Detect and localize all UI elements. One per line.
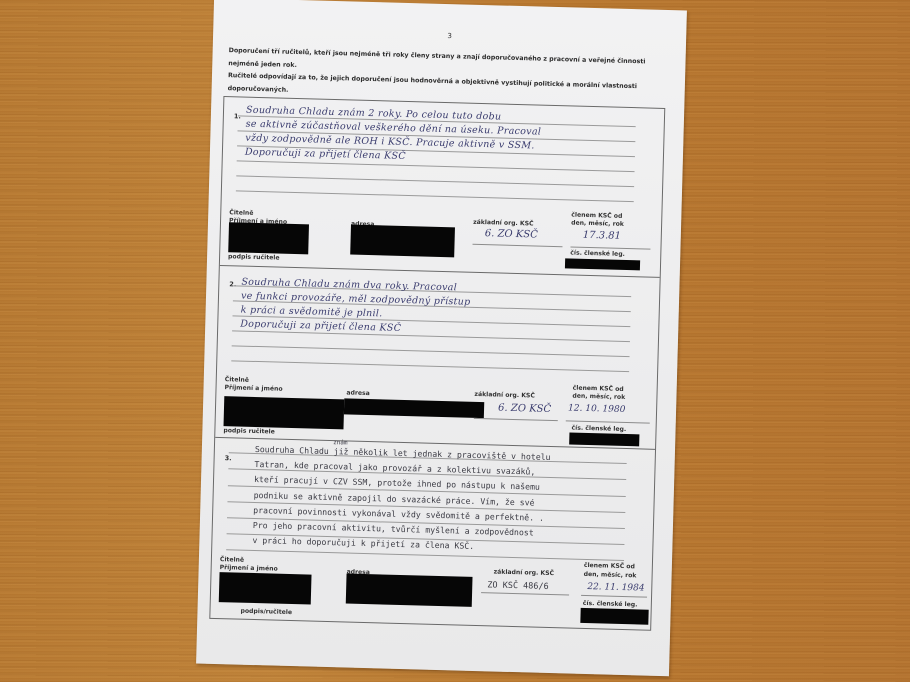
document-page: 3 Doporučení tří ručitelů, kteří jsou ne… — [196, 0, 687, 676]
field-line — [474, 418, 558, 421]
label-signature: podpis ručitele — [223, 427, 275, 436]
member-since-value: 22. 11. 1984 — [587, 582, 645, 594]
redacted-address — [346, 574, 473, 607]
recommendations-form: 1. Soudruha Chladu znám 2 roky. Po celou… — [209, 96, 665, 631]
recommendation-text: Soudruha Chladu znám dva roky. Pracoval … — [240, 276, 639, 343]
page-number: 3 — [213, 26, 686, 47]
basic-org-value: 6. ZO KSČ — [485, 228, 538, 240]
label-address: adresa — [346, 389, 370, 398]
recommendation-1: 1. Soudruha Chladu znám 2 roky. Po celou… — [220, 97, 664, 278]
redacted-name — [224, 396, 345, 429]
label-signature: podpis/ručitele — [240, 608, 292, 617]
recommendation-text: Soudruha Chladu znám 2 roky. Po celou tu… — [245, 104, 644, 171]
member-since-value: 12. 10. 1980 — [568, 403, 626, 415]
redacted-name — [219, 572, 312, 604]
label-basic-org: základní org. KSČ — [474, 391, 535, 401]
recommendation-3: 3. znám Soudruha Chladu již několik let … — [210, 437, 655, 630]
label-card-number: čís. členské leg. — [570, 249, 625, 258]
field-line — [566, 420, 650, 423]
basic-org-value: ZO KSČ 486/6 — [487, 580, 549, 592]
redacted-address — [350, 225, 455, 258]
field-line — [581, 595, 647, 598]
redacted-name — [228, 222, 309, 254]
field-line — [473, 244, 563, 247]
label-date-format: den, měsíc, rok — [572, 393, 625, 402]
recommendation-text: Soudruha Chladu již několik let jednak z… — [252, 442, 635, 559]
label-date-format: den, měsíc, rok — [584, 571, 637, 580]
label-signature: podpis ručitele — [228, 253, 280, 262]
label-member-since: členem KSČ od — [584, 562, 635, 571]
member-since-value: 17.3.81 — [583, 230, 621, 242]
recommendation-2: 2. Soudruha Chladu znám dva roky. Pracov… — [215, 265, 660, 450]
field-line — [481, 592, 569, 595]
label-basic-org: základní org. KSČ — [473, 219, 534, 229]
redacted-address — [344, 398, 484, 418]
redacted-card-number — [569, 432, 639, 446]
redacted-card-number — [580, 608, 648, 625]
redacted-card-number — [565, 258, 640, 270]
basic-org-value: 6. ZO KSČ — [498, 403, 551, 415]
label-basic-org: základní org. KSČ — [494, 568, 555, 578]
label-date-format: den, měsíc, rok — [571, 219, 624, 228]
label-name: Příjmení a jméno — [224, 384, 282, 394]
